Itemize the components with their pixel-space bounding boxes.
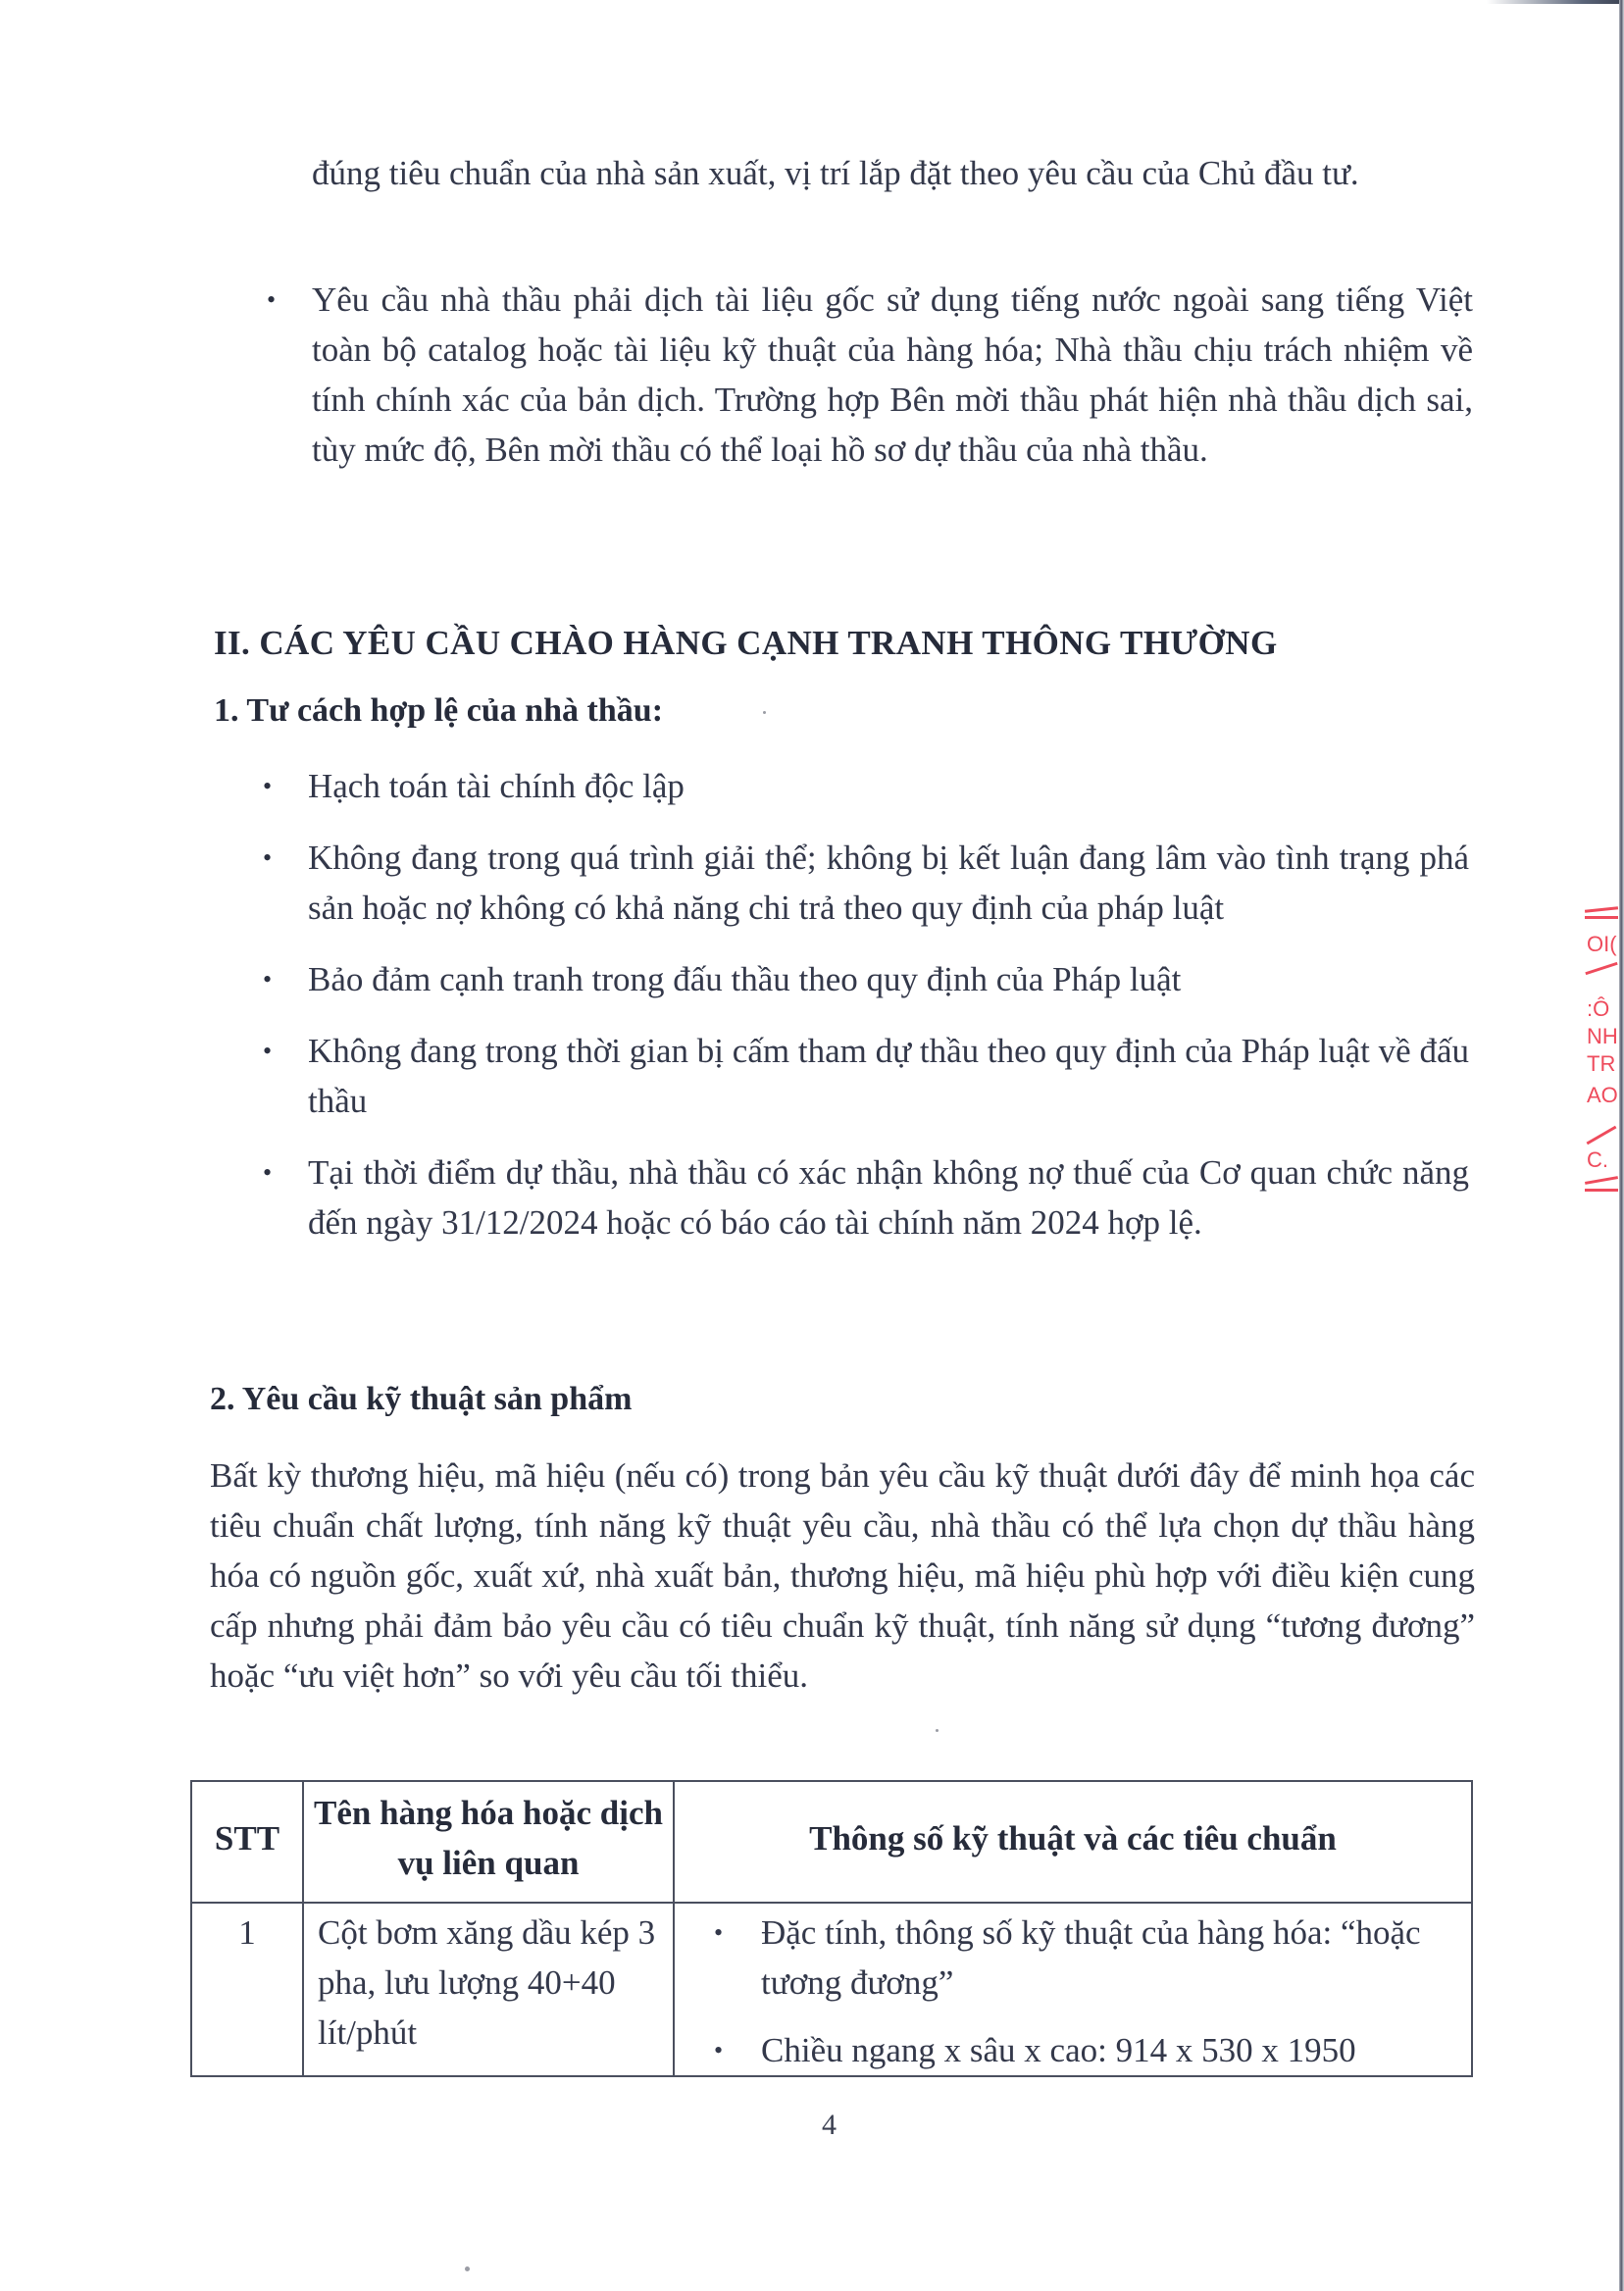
bullet-icon: • [263,1026,272,1076]
header-stt: STT [191,1781,303,1903]
page-number: 4 [822,2109,837,2142]
bullet-icon: • [714,1908,723,1958]
continuation-paragraph: đúng tiêu chuẩn của nhà sản xuất, vị trí… [312,148,1473,198]
bullet-icon: • [263,833,272,883]
section-title: II. CÁC YÊU CẦU CHÀO HÀNG CẠNH TRANH THÔ… [214,624,1278,663]
cell-item-name: Cột bơm xăng dầu kép 3 pha, lưu lượng 40… [303,1903,674,2076]
stamp-line [1585,1189,1618,1192]
eligibility-item-text: Không đang trong thời gian bị cấm tham d… [308,1032,1469,1120]
stamp-line [1585,962,1617,975]
stamp-text: :Ô [1587,996,1609,1022]
translation-requirement-text: Yêu cầu nhà thầu phải dịch tài liệu gốc … [312,280,1473,469]
list-item: • Tại thời điểm dự thầu, nhà thầu có xác… [261,1147,1469,1247]
subsection-title-eligibility: 1. Tư cách hợp lệ của nhà thầu: [214,692,663,730]
scan-speck [936,1729,939,1732]
header-specs: Thông số kỹ thuật và các tiêu chuẩn [674,1781,1472,1903]
bullet-icon: • [263,1147,272,1197]
table-header-row: STT Tên hàng hóa hoặc dịch vụ liên quan … [191,1781,1472,1903]
eligibility-item-text: Bảo đảm cạnh tranh trong đấu thầu theo q… [308,960,1181,998]
spec-text: Đặc tính, thông số kỹ thuật của hàng hóa… [761,1913,1421,2002]
stamp-line [1587,1126,1617,1145]
table-row: 1 Cột bơm xăng dầu kép 3 pha, lưu lượng … [191,1903,1472,2076]
list-item: • Đặc tính, thông số kỹ thuật của hàng h… [714,1908,1451,2008]
list-item: • Yêu cầu nhà thầu phải dịch tài liệu gố… [265,275,1473,475]
stamp-text: C. [1587,1147,1608,1173]
stamp-line [1585,1176,1618,1185]
stamp-text: ΟΙ( [1587,932,1617,957]
list-item: • Chiều ngang x sâu x cao: 914 x 530 x 1… [714,2025,1451,2075]
subsection-title-technical: 2. Yêu cầu kỹ thuật sản phẩm [210,1381,632,1418]
list-item: • Bảo đảm cạnh tranh trong đấu thầu theo… [261,954,1469,1004]
spec-text: Chiều ngang x sâu x cao: 914 x 530 x 195… [761,2031,1356,2069]
bullet-icon: • [267,275,276,325]
eligibility-item-text: Tại thời điểm dự thầu, nhà thầu có xác n… [308,1153,1469,1242]
cell-specs: • Đặc tính, thông số kỹ thuật của hàng h… [674,1903,1472,2076]
bullet-icon: • [263,761,272,811]
eligibility-bullet-list: • Hạch toán tài chính độc lập • Không đa… [261,761,1469,1247]
list-item: • Không đang trong thời gian bị cấm tham… [261,1026,1469,1126]
stamp-text: TR [1587,1051,1615,1077]
eligibility-item-text: Hạch toán tài chính độc lập [308,767,685,805]
page-edge-shadow [1487,0,1624,4]
scan-speck [465,2266,470,2271]
red-stamp-fragment: ΟΙ( :Ô NH TR AO C. [1581,902,1620,1196]
spec-list: • Đặc tính, thông số kỹ thuật của hàng h… [714,1908,1451,2075]
bullet-icon: • [714,2025,723,2075]
eligibility-item-text: Không đang trong quá trình giải thể; khô… [308,839,1469,927]
header-item-name: Tên hàng hóa hoặc dịch vụ liên quan [303,1781,674,1903]
list-item: • Không đang trong quá trình giải thể; k… [261,833,1469,933]
stamp-text: NH [1587,1024,1618,1049]
stamp-line [1585,906,1618,913]
stamp-text: AO [1587,1083,1618,1108]
bullet-icon: • [263,954,272,1004]
technical-requirements-paragraph: Bất kỳ thương hiệu, mã hiệu (nếu có) tro… [210,1451,1475,1701]
stamp-line [1585,916,1618,919]
technical-spec-table: STT Tên hàng hóa hoặc dịch vụ liên quan … [190,1780,1473,2077]
cell-stt: 1 [191,1903,303,2076]
list-item: • Hạch toán tài chính độc lập [261,761,1469,811]
intro-bullet-list: • Yêu cầu nhà thầu phải dịch tài liệu gố… [265,275,1473,475]
scan-speck [763,711,766,714]
